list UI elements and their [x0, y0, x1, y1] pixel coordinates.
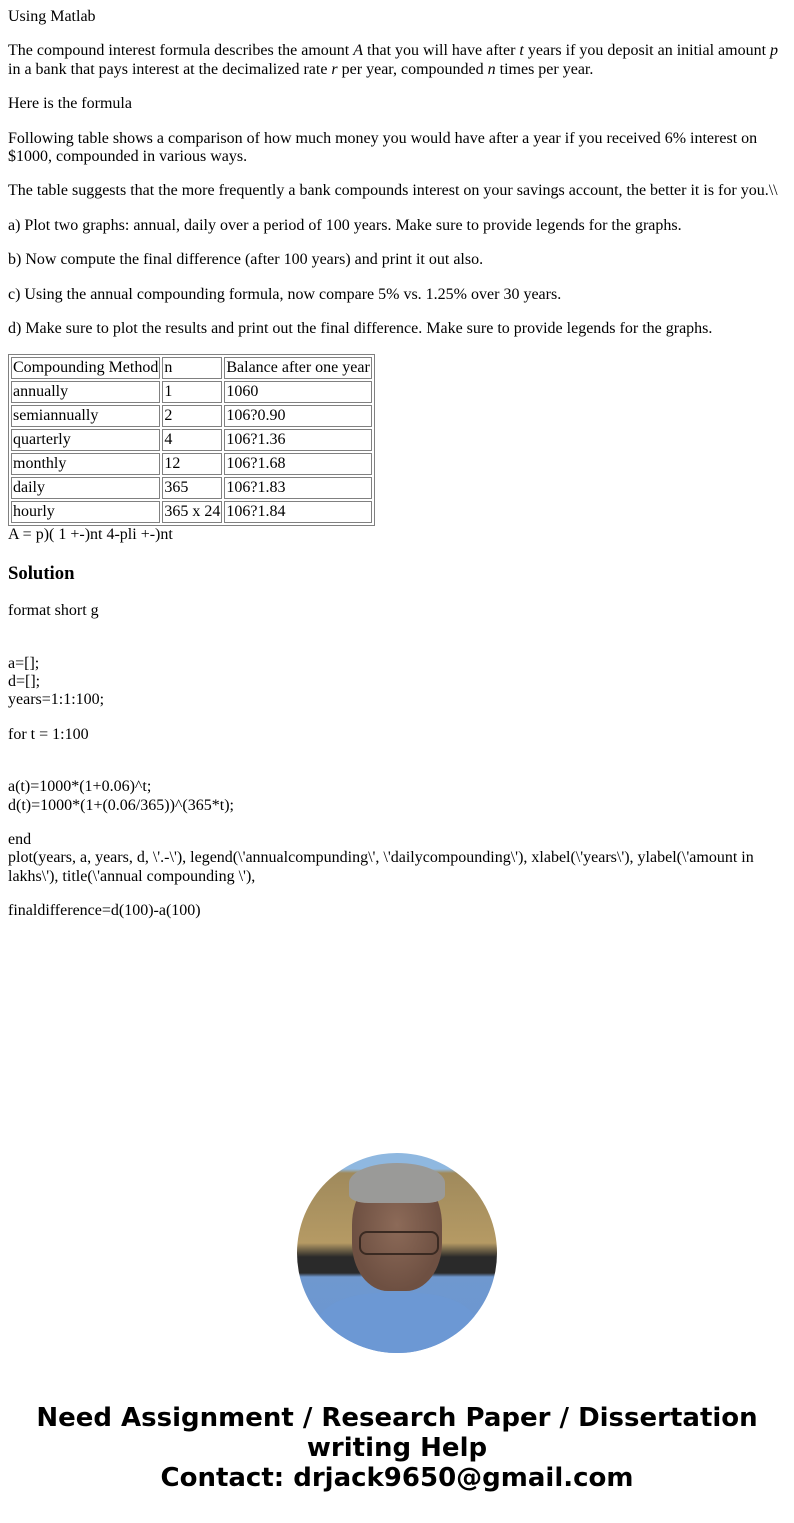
table-cell: 365: [162, 477, 222, 499]
spacer: [8, 637, 786, 655]
table-row: monthly 12 106?1.68: [11, 453, 372, 475]
banner-line-2: writing Help: [0, 1433, 794, 1463]
banner-contact: Contact: drjack9650@gmail.com: [0, 1463, 794, 1493]
document-body: Using Matlab The compound interest formu…: [8, 8, 786, 936]
contact-banner: Need Assignment / Research Paper / Disse…: [0, 1403, 794, 1493]
code-d-calc: d(t)=1000*(1+(0.06/365))^(365*t);: [8, 797, 786, 815]
solution-heading: Solution: [8, 563, 786, 585]
table-cell: 12: [162, 453, 222, 475]
intro-text: times per year.: [496, 61, 594, 78]
table-header: Compounding Method: [11, 357, 160, 379]
intro-text: per year, compounded: [338, 61, 488, 78]
var-a: A: [353, 42, 363, 59]
intro-text: years if you deposit an initial amount: [524, 42, 770, 59]
table-cell: hourly: [11, 501, 160, 523]
code-end: end: [8, 831, 786, 849]
table-cell: 365 x 24: [162, 501, 222, 523]
code-years: years=1:1:100;: [8, 691, 786, 709]
code-final: finaldifference=d(100)-a(100): [8, 902, 786, 920]
formula-text: A = p)( 1 +-)nt 4-pli +-)nt: [8, 526, 786, 544]
code-format: format short g: [8, 602, 786, 620]
table-cell: semiannually: [11, 405, 160, 427]
table-cell: 106?1.36: [224, 429, 371, 451]
code-a-calc: a(t)=1000*(1+0.06)^t;: [8, 778, 786, 796]
task-a: a) Plot two graphs: annual, daily over a…: [8, 217, 786, 235]
table-row: quarterly 4 106?1.36: [11, 429, 372, 451]
question-title: Using Matlab: [8, 8, 786, 26]
table-cell: 106?1.84: [224, 501, 371, 523]
table-cell: daily: [11, 477, 160, 499]
code-plot: plot(years, a, years, d, \'.-\'), legend…: [8, 849, 786, 886]
code-for: for t = 1:100: [8, 726, 786, 744]
code-a-init: a=[];: [8, 655, 786, 673]
compounding-table: Compounding Method n Balance after one y…: [8, 354, 375, 526]
table-cell: 106?1.83: [224, 477, 371, 499]
table-row: hourly 365 x 24 106?1.84: [11, 501, 372, 523]
table-cell: 106?0.90: [224, 405, 371, 427]
intro-text: The compound interest formula describes …: [8, 42, 353, 59]
table-header: n: [162, 357, 222, 379]
task-b: b) Now compute the final difference (aft…: [8, 251, 786, 269]
formula-intro: Here is the formula: [8, 95, 786, 113]
table-row: annually 1 1060: [11, 381, 372, 403]
table-header-row: Compounding Method n Balance after one y…: [11, 357, 372, 379]
table-cell: monthly: [11, 453, 160, 475]
table-header: Balance after one year: [224, 357, 371, 379]
table-cell: annually: [11, 381, 160, 403]
code-d-init: d=[];: [8, 673, 786, 691]
table-cell: 2: [162, 405, 222, 427]
author-avatar: [297, 1153, 497, 1353]
avatar-hair: [349, 1163, 445, 1203]
avatar-glasses: [359, 1231, 439, 1255]
table-cell: quarterly: [11, 429, 160, 451]
intro-text: that you will have after: [363, 42, 519, 59]
intro-text: in a bank that pays interest at the deci…: [8, 61, 331, 78]
table-cell: 1060: [224, 381, 371, 403]
task-d: d) Make sure to plot the results and pri…: [8, 320, 786, 338]
table-intro: Following table shows a comparison of ho…: [8, 130, 786, 167]
table-row: semiannually 2 106?0.90: [11, 405, 372, 427]
spacer: [8, 760, 786, 778]
task-c: c) Using the annual compounding formula,…: [8, 286, 786, 304]
table-row: daily 365 106?1.83: [11, 477, 372, 499]
intro-paragraph: The compound interest formula describes …: [8, 42, 786, 79]
var-p: p: [770, 42, 778, 59]
var-n: n: [488, 61, 496, 78]
table-cell: 1: [162, 381, 222, 403]
suggestion-text: The table suggests that the more frequen…: [8, 182, 786, 200]
table-cell: 106?1.68: [224, 453, 371, 475]
table-cell: 4: [162, 429, 222, 451]
banner-line-1: Need Assignment / Research Paper / Disse…: [0, 1403, 794, 1433]
avatar-shirt: [317, 1293, 477, 1353]
